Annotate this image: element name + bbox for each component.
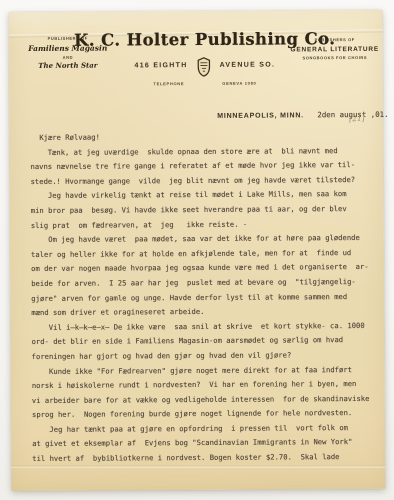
city-label: MINNEAPOLIS, MINN. bbox=[217, 112, 304, 120]
address-right-text: AVENUE SO. bbox=[220, 62, 276, 69]
letter-paper: PUBLISHERS OF Familiens Magasin AND The … bbox=[9, 10, 386, 491]
letter-line: til hvert af bybibliotkerne i nordvest. … bbox=[32, 450, 382, 467]
letter-body: Kjære Rølvaag! Tænk, at jeg uværdige sku… bbox=[30, 129, 382, 467]
letter-line: gjøre" arven for gamle og unge. Havde de… bbox=[31, 289, 381, 306]
general-literature-label: GENERAL LITERATURE bbox=[285, 44, 385, 56]
telephone-line: TELEPHONE GENEVA 1080 bbox=[9, 80, 383, 87]
songbooks-label: SONGBOOKS FOR CHOIRS bbox=[285, 55, 385, 62]
address-left-text: 416 EIGHTH bbox=[134, 62, 187, 69]
letterhead-right-block: PUBLISHERS OF GENERAL LITERATURE SONGBOO… bbox=[285, 37, 385, 62]
telephone-label: TELEPHONE bbox=[153, 81, 184, 86]
letter-line: beide for arven. I 25 aar har jeg puslet… bbox=[31, 275, 381, 292]
pencil-annotation: [21] bbox=[349, 114, 365, 124]
shield-crest-icon bbox=[197, 57, 211, 77]
letter-line: min bror paa besøg. Vi havde ikke seet h… bbox=[31, 202, 381, 219]
telephone-value: GENEVA 1080 bbox=[222, 81, 256, 86]
letter-line: ord- det blir en side i Familiens Magasi… bbox=[32, 333, 382, 350]
